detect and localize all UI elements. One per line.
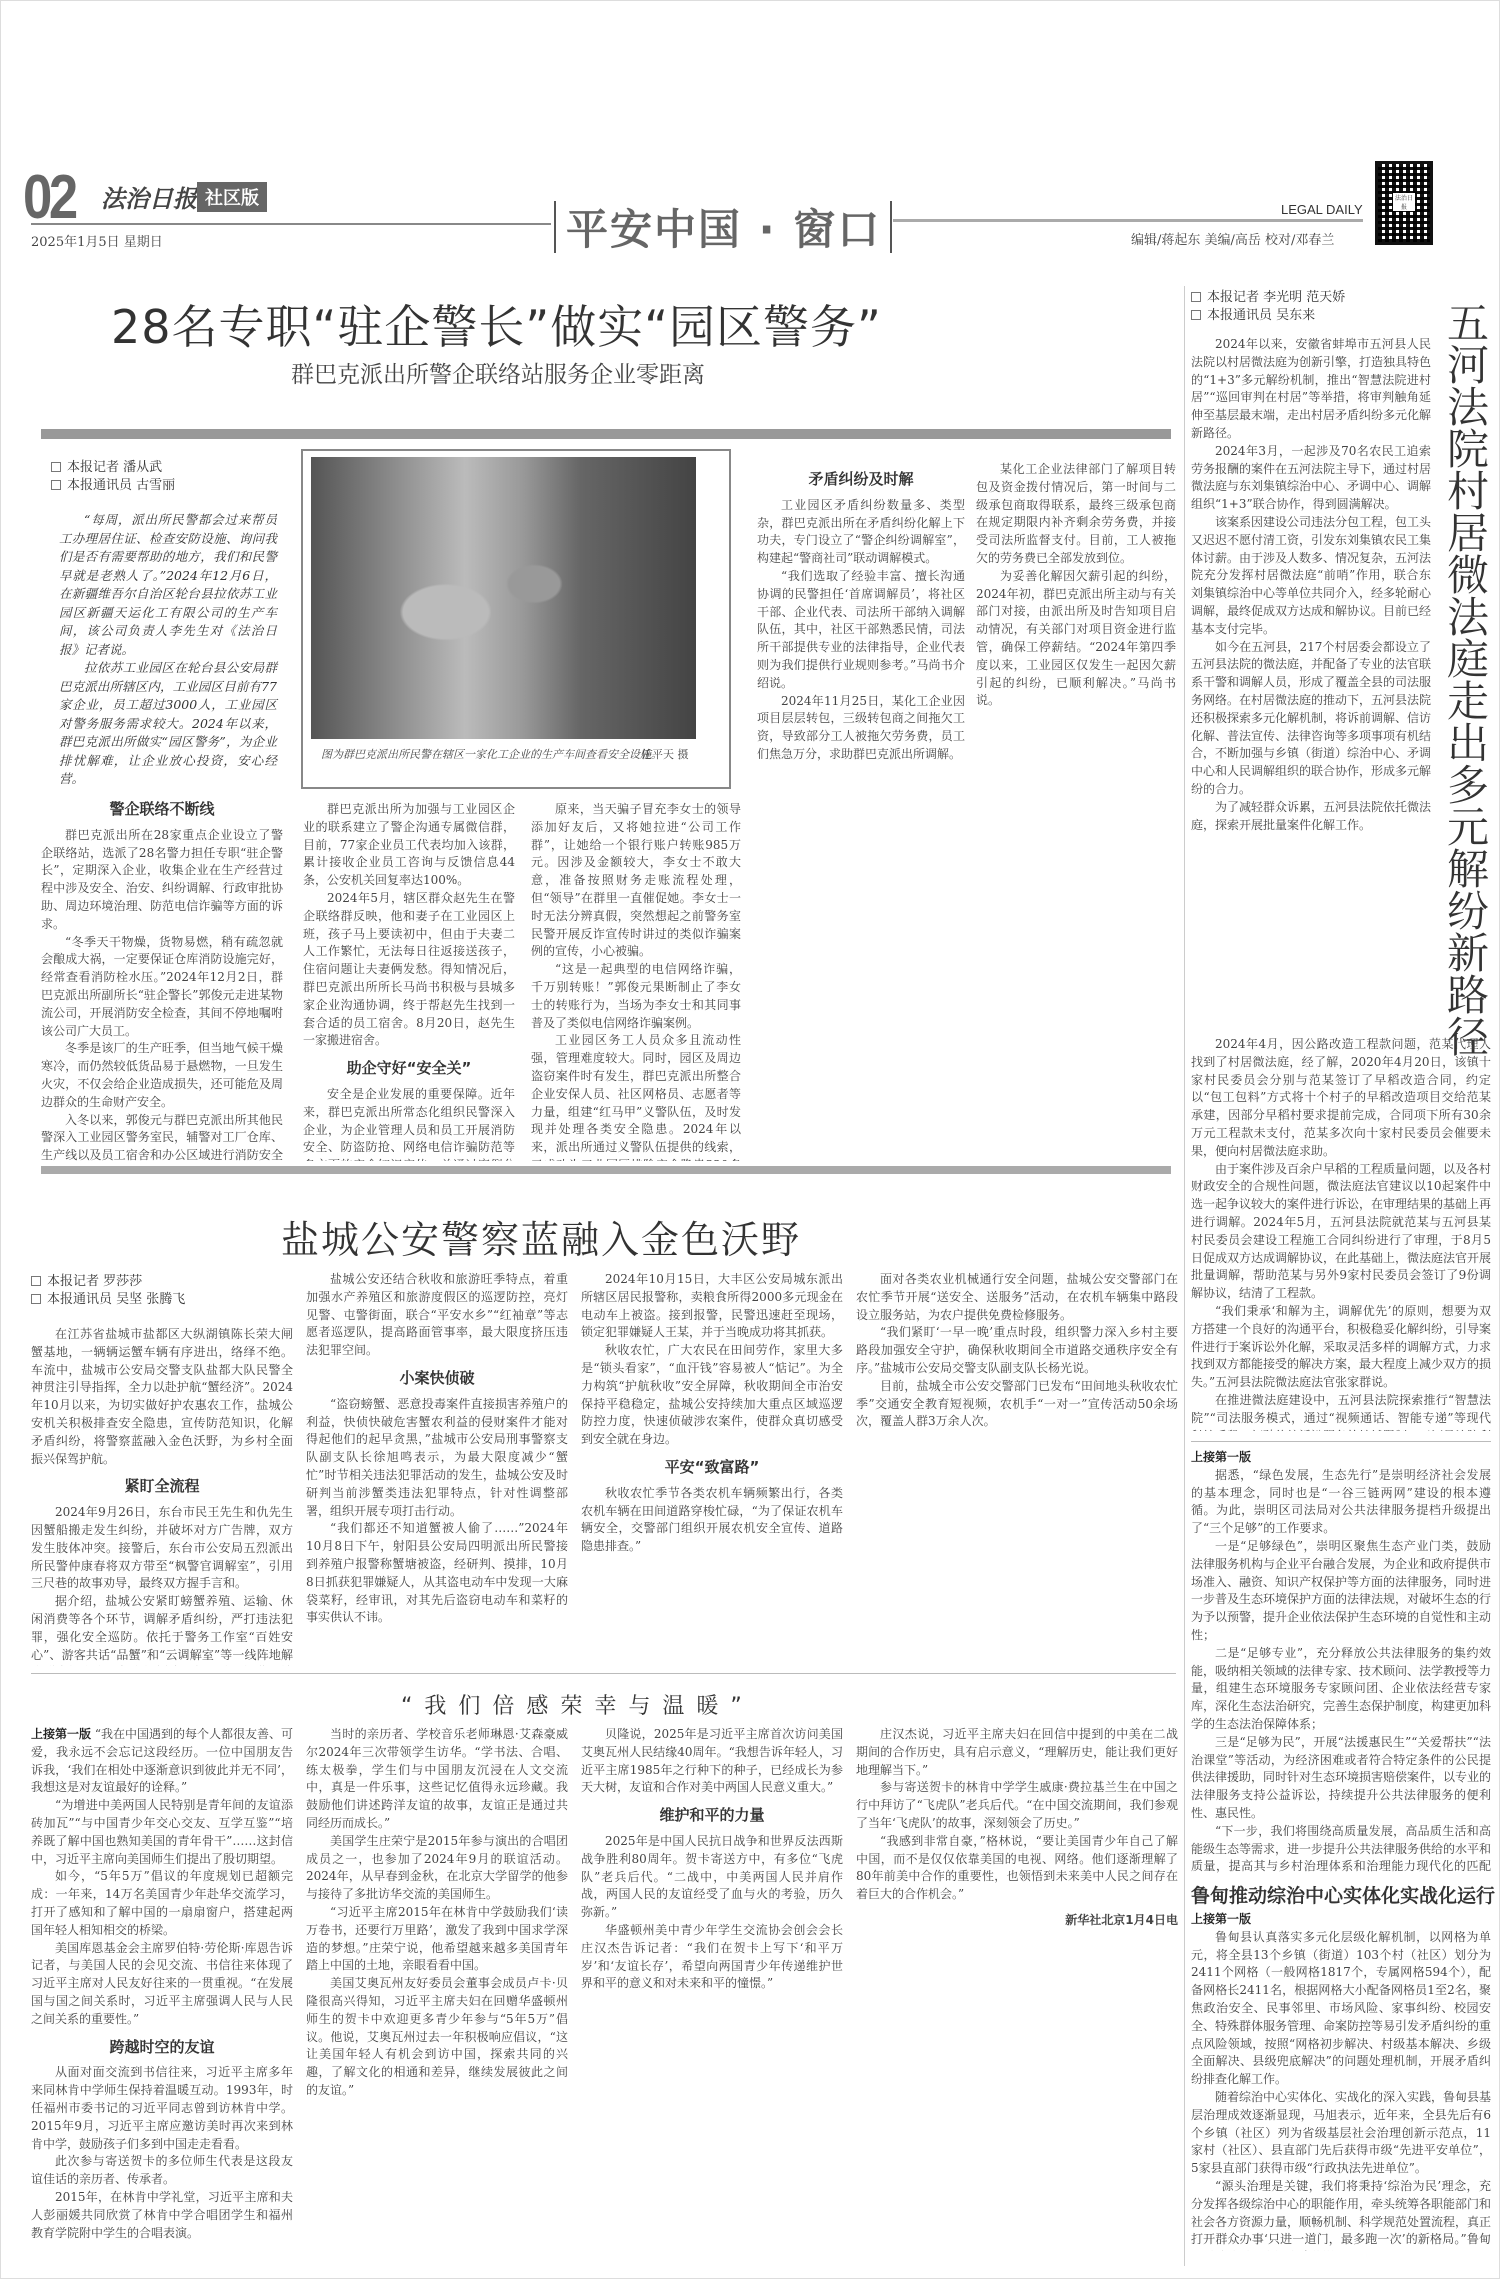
section-subhead: 助企守好“安全关” [303, 1060, 515, 1078]
header-rule-left [31, 223, 551, 225]
section-subhead: 警企联络不断线 [41, 801, 283, 819]
continued-from-tag: 上接第一版 [1191, 1911, 1491, 1929]
article1-top-band [41, 429, 1171, 439]
header-divider [890, 201, 892, 253]
newspaper-page: 02 法治日报 社区版 2025年1月5日 星期日 平安中国 · 窗口 LEGA… [0, 0, 1500, 2279]
article2-column-4: 面对各类农业机械通行安全问题，盐城公安交警部门在农忙季节开展“送安全、送服务”活… [856, 1271, 1178, 1666]
article1-column-4: 矛盾纠纷及时解 工业园区矛盾纠纷数量多、类型杂，群巴克派出所在矛盾纠纷化解上下功… [757, 461, 965, 1161]
paper-name: 法治日报 [101, 179, 197, 214]
section-rule [31, 1673, 1176, 1674]
article3-column-3: 贝隆说，2025年是习近平主席首次访问美国艾奥瓦州人民结缘40周年。“我想告诉年… [581, 1726, 843, 2256]
article1-column-2: 群巴克派出所为加强与工业园区企业的联系建立了警企沟通专属微信群，目前，77家企业… [303, 801, 515, 1161]
edition-tag: 社区版 [197, 182, 267, 212]
section-rule [1191, 1441, 1491, 1442]
article1-column-3: 原来，当天骗子冒充李女士的领导添加好友后，又将她拉进“公司工作群”，让她给一个银… [531, 801, 741, 1161]
section-subhead: 平安“致富路” [581, 1459, 843, 1477]
right-column-body-mid: 2024年4月，因公路改造工程款问题，范某代理人找到了村居微法庭，经了解，202… [1191, 1036, 1491, 1431]
article2-column-2: 盐城公安还结合秋收和旅游旺季特点，着重加强水产养殖区和旅游度假区的巡逻防控，亮灯… [306, 1271, 568, 1666]
news-photo[interactable] [311, 457, 696, 739]
right-column-byline: 本报记者 李光明 范天娇 本报通讯员 吴东来 [1191, 289, 1431, 325]
article3-banner-headline: “我们倍感荣幸与温暖” [401, 1689, 754, 1720]
article1-headline: 28名专职“驻企警长”做实“园区警务” [111, 291, 882, 357]
article1-subheadline: 群巴克派出所警企联络站服务企业零距离 [291, 356, 705, 389]
lead-paragraph: 拉依苏工业园区在轮台县公安局群巴克派出所辖区内，工业园区目前有77家企业，员工超… [59, 659, 277, 789]
article3-column-4: 庄汉杰说，习近平主席夫妇在回信中提到的中美在二战期间的合作历史，具有启示意义，“… [856, 1726, 1178, 2256]
photo-caption: 图为群巴克派出所民警在辖区一家化工企业的生产车间查看安全设施。 [321, 746, 662, 762]
right-column-section3: 上接第一版 鲁甸县认真落实多元化层级化解机制，以网格为单元，将全县13个乡镇（街… [1191, 1911, 1491, 2251]
section-subhead: 跨越时空的友谊 [31, 2039, 293, 2057]
right-bottom-title: 鲁甸推动综治中心实体化实战化运行 [1191, 1881, 1495, 1908]
photo-credit: 任平天 摄 [641, 746, 689, 762]
section-subhead: 紧盯全流程 [31, 1478, 293, 1496]
article1-byline: 本报记者 潘从武 本报通讯员 古雪丽 [51, 459, 291, 495]
article3-column-2: 当时的亲历者、学校音乐老师琳恩·艾森豪威尔2024年三次带领学生访华。“学书法、… [306, 1726, 568, 2256]
right-column-body-top: 2024年以来，安徽省蚌埠市五河县人民法院以村居微法庭为创新引擎，打造独具特色的… [1191, 336, 1431, 1036]
continued-from-tag: 上接第一版 [1191, 1449, 1491, 1467]
article2-column-1: 在江苏省盐城市盐都区大纵湖镇陈长荣大闸蟹基地，一辆辆运蟹车辆有序进出，络绎不绝。… [31, 1326, 293, 1666]
article2-column-3: 2024年10月15日，大丰区公安局城东派出所辖区居民报警称，卖粮食所得2000… [581, 1271, 843, 1666]
right-column-section2: 上接第一版 据悉，“绿色发展，生态先行”是崇明经济社会发展的基本理念，同时也是“… [1191, 1449, 1491, 1874]
box-icon [31, 1294, 41, 1304]
section-title: 平安中国 · 窗口 [566, 197, 881, 257]
section-subhead: 矛盾纠纷及时解 [757, 471, 965, 489]
column-divider [1184, 286, 1185, 2266]
box-icon [1191, 310, 1201, 320]
article1-lead: “每周，派出所民警都会过来帮员工办理居住证、检查安防设施、询问我们是否有需要帮助… [59, 511, 277, 789]
dateline: 新华社北京1月4日电 [856, 1912, 1178, 1930]
section-subhead: 维护和平的力量 [581, 1807, 843, 1825]
editor-credits: 编辑/蒋起东 美编/高岳 校对/邓春兰 [1131, 229, 1334, 248]
box-icon [1191, 292, 1201, 302]
page-number: 02 [23, 167, 75, 229]
box-icon [31, 1276, 41, 1286]
article1-bottom-band [41, 1166, 1171, 1174]
article2-byline: 本报记者 罗莎莎 本报通讯员 吴坚 张腾飞 [31, 1273, 291, 1309]
english-name: LEGAL DAILY [1281, 202, 1363, 217]
article3-column-1: 上接第一版 “我在中国遇到的每个人都很友善、可爱，我永远不会忘记这段经历。一位中… [31, 1726, 293, 2256]
header-rule-right [893, 219, 1363, 222]
box-icon [51, 462, 61, 472]
article2-headline: 盐城公安警察蓝融入金色沃野 [281, 1209, 801, 1264]
article1-column-1: 警企联络不断线 群巴克派出所在28家重点企业设立了警企联络站，选派了28名警力担… [41, 791, 283, 1166]
qr-logo: 法治日报 [1393, 193, 1415, 211]
section-subhead: 小案快侦破 [306, 1370, 568, 1388]
lead-paragraph: “每周，派出所民警都会过来帮员工办理居住证、检查安防设施、询问我们是否有需要帮助… [59, 511, 277, 659]
right-column-vertical-title: 五河法院村居微法庭走出多元解纷新路径 [1439, 301, 1489, 1057]
article1-column-5: 某化工企业法律部门了解项目转包及资金拨付情况后，第一时间与二级承包商取得联系，最… [976, 461, 1176, 1161]
continued-from-tag: 上接第一版 [31, 1727, 91, 1741]
byline-reporter: 本报记者 潘从武 [51, 459, 291, 477]
byline-correspondent: 本报通讯员 古雪丽 [51, 477, 291, 495]
issue-date: 2025年1月5日 星期日 [31, 231, 163, 250]
box-icon [51, 480, 61, 490]
header-divider [554, 201, 556, 253]
